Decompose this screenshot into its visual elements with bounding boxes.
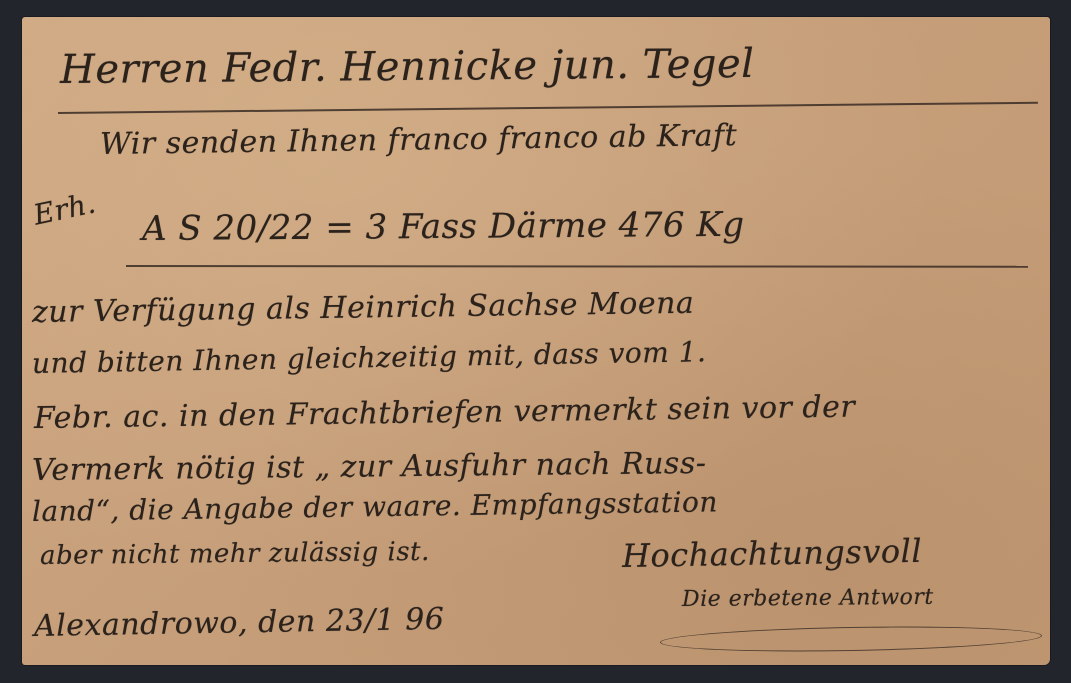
body-line-2: A S 20/22 = 3 Fass Därme 476 Kg [142,205,745,249]
body-line-6: Vermerk nötig ist „ zur Ausfuhr nach Rus… [32,446,707,488]
place-date: Alexandrowo, den 23/1 96 [34,602,445,644]
signature-flourish [660,624,1042,655]
address-line: Herren Fedr. Hennicke jun. Tegel [60,41,755,93]
body-line-7: land“, die Angabe der waare. Empfangssta… [32,485,718,528]
address-underline [58,102,1038,114]
postcard: Herren Fedr. Hennicke jun. Tegel Wir sen… [22,17,1050,665]
body-line-4: und bitten Ihnen gleichzeitig mit, dass … [32,335,707,380]
body-line-8: aber nicht mehr zulässig ist. [40,537,430,571]
margin-note: Erh. [31,186,99,231]
body-line-3: zur Verfügung als Heinrich Sachse Moena [32,286,695,330]
body-line-1: Wir senden Ihnen franco franco ab Kraft [100,118,738,162]
body-line-5: Febr. ac. in den Frachtbriefen vermerkt … [34,390,856,436]
shipment-underline [126,265,1028,268]
signature-subline: Die erbetene Antwort [682,585,934,612]
signature: Hochachtungsvoll [622,532,923,575]
